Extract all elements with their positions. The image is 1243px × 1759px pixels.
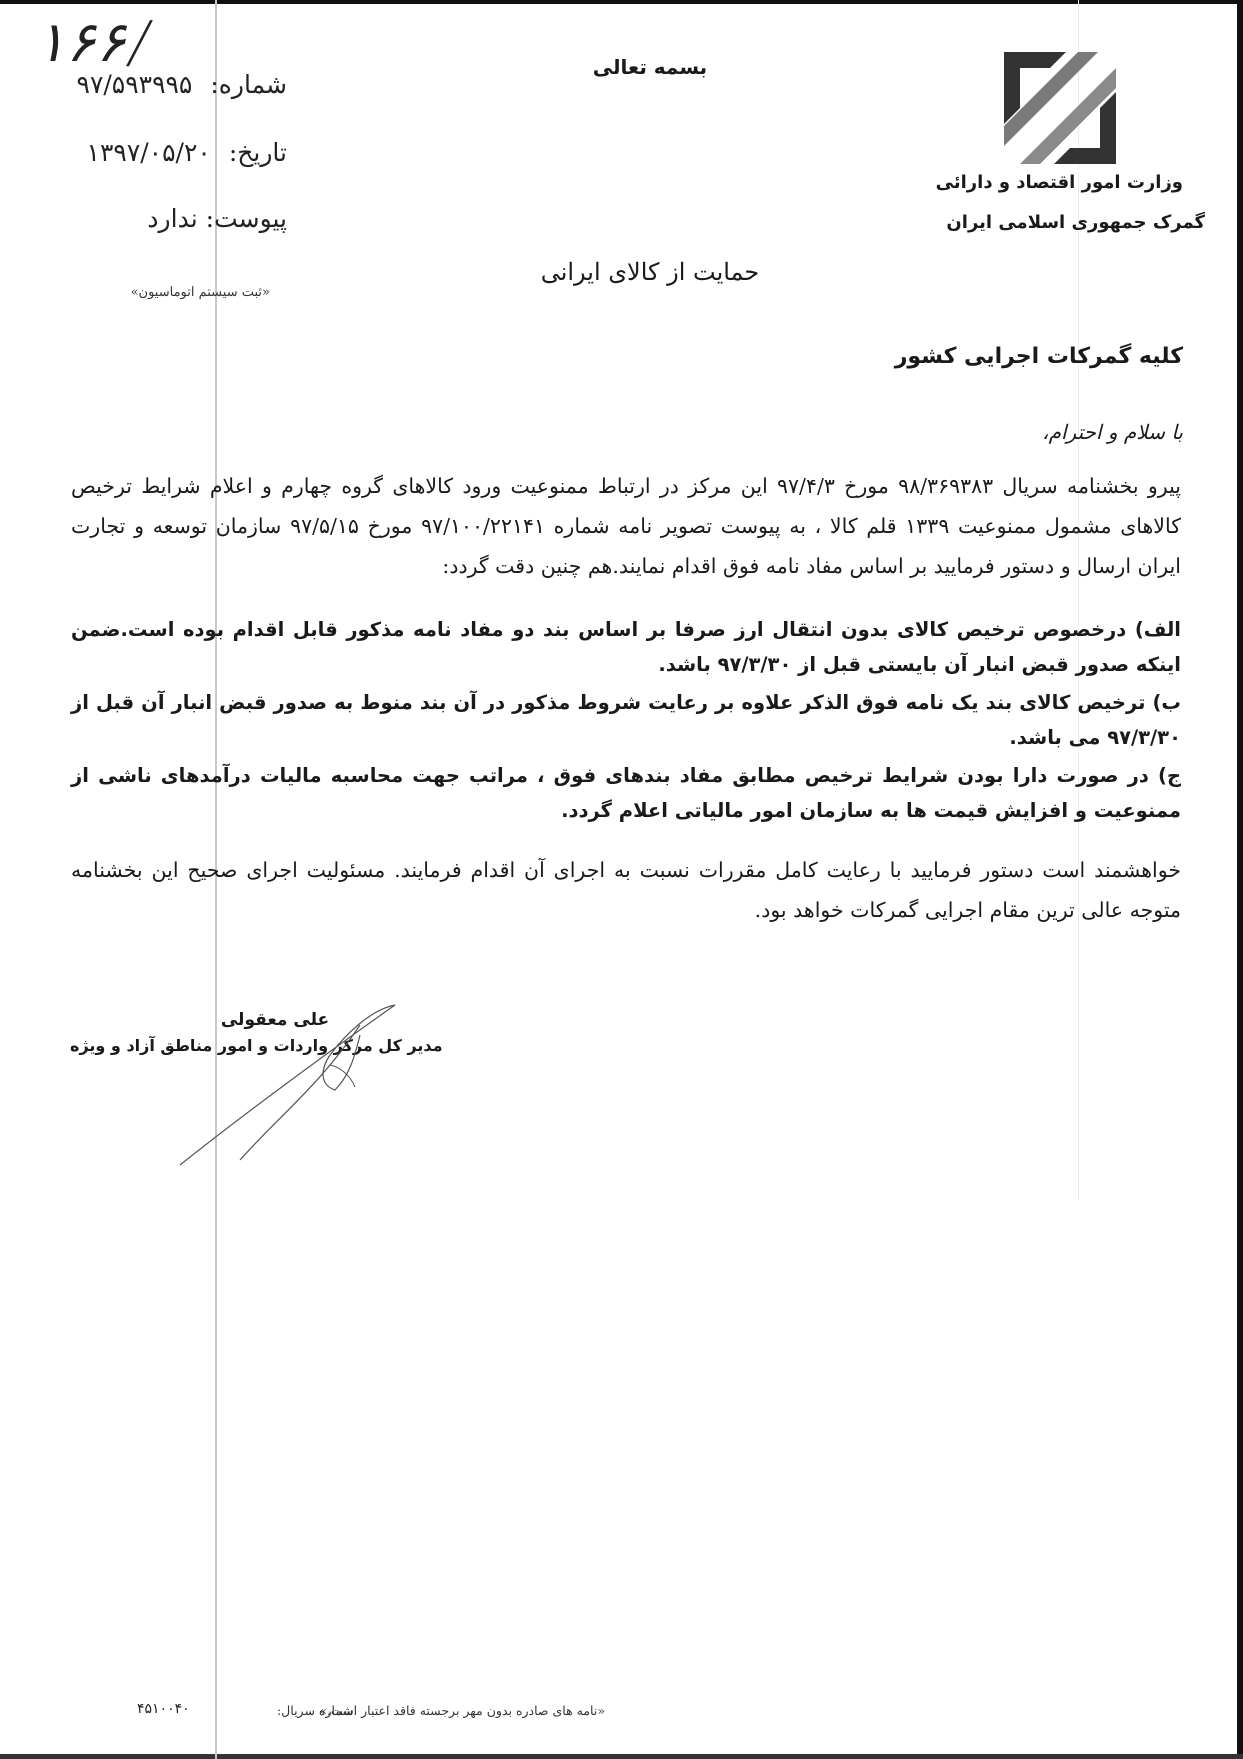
letter-attachment: پیوست:ندارد [147,204,287,233]
recipient: کلیه گمرکات اجرایی کشور [895,344,1183,369]
letter-number-value: ۹۷/۵۹۳۹۹۵ [77,70,193,99]
greeting: با سلام و احترام، [1042,420,1183,444]
item-be: ب) ترخیص کالای بند یک نامه فوق الذکر علا… [71,685,1181,755]
letter-date-label: تاریخ: [229,138,287,167]
letter-attachment-value: ندارد [147,204,197,233]
scan-right-border [1237,0,1243,1759]
item-jim: ج) در صورت دارا بودن شرایط ترخیص مطابق م… [71,758,1181,828]
scan-top-border [0,0,1243,4]
intro-paragraph: پیرو بخشنامه سریال ۹۸/۳۶۹۳۸۳ مورخ ۹۷/۴/۳… [71,466,1181,586]
registration-note: «ثبت سیستم اتوماسیون» [131,285,270,300]
footer-serial-value: ۴۵۱۰۰۴۰ [137,1701,190,1717]
letter-number-label: شماره: [210,70,287,99]
slogan: حمایت از کالای ایرانی [520,258,780,286]
footer-serial-label: شماره سریال: [277,1703,353,1718]
items-list: الف) درخصوص ترخیص کالای بدون انتقال ارز … [71,612,1181,831]
letter-attachment-label: پیوست: [206,204,287,233]
letter-date-value: ۱۳۹۷/۰۵/۲۰ [87,138,211,167]
letter-number: شماره:۹۷/۵۹۳۹۹۵ [77,70,287,99]
closing-paragraph: خواهشمند است دستور فرمایید با رعایت کامل… [71,850,1181,930]
handwritten-index-number: ۱۶۶/ [33,10,156,75]
item-alef: الف) درخصوص ترخیص کالای بدون انتقال ارز … [71,612,1181,682]
customs-name: گمرک جمهوری اسلامی ایران [946,212,1205,233]
signature-scribble-icon [170,995,410,1195]
footer-validity-note: «نامه های صادره بدون مهر برجسته فاقد اعت… [319,1703,605,1718]
scan-bottom-border [0,1754,1243,1759]
letter-date: تاریخ:۱۳۹۷/۰۵/۲۰ [87,138,287,167]
customs-logo-icon [1000,48,1120,168]
ministry-name: وزارت امور اقتصاد و دارائی [936,172,1183,193]
bismillah-heading: بسمه تعالی [560,55,740,79]
